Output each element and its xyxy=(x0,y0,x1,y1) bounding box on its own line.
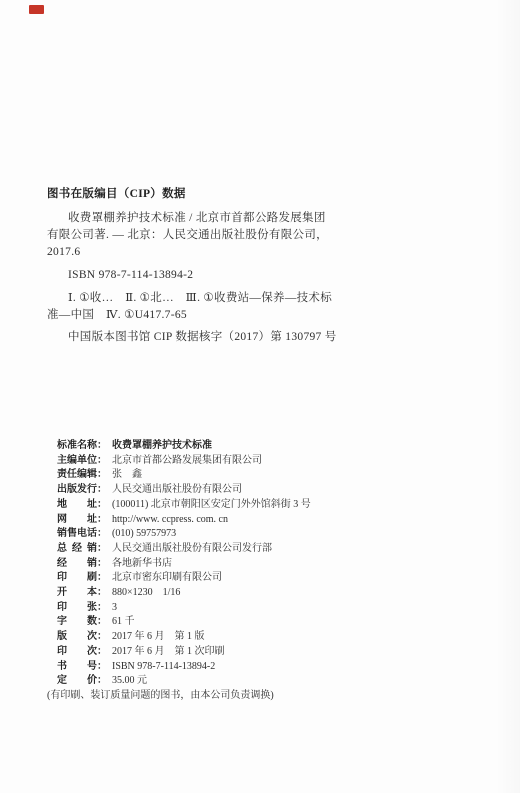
colophon-row: 经销：各地新华书店 xyxy=(57,557,497,572)
colophon-block: 标准名称：收费罩棚养护技术标准主编单位：北京市首都公路发展集团有限公司责任编辑：… xyxy=(57,439,497,704)
row-value: 61 千 xyxy=(112,616,135,627)
row-value: 人民交通出版社股份有限公司发行部 xyxy=(112,543,272,554)
row-label: 书号 xyxy=(57,660,97,675)
row-value: http://www. ccpress. com. cn xyxy=(112,514,228,525)
row-colon: ： xyxy=(97,528,107,539)
colophon-row: 版次：2017 年 6 月 第 1 版 xyxy=(57,630,497,645)
colophon-row: 字数：61 千 xyxy=(57,615,497,630)
row-label: 销售电话 xyxy=(57,527,97,542)
row-label: 出版发行 xyxy=(57,483,97,498)
cip-title-line: 收费罩棚养护技术标准 / 北京市首都公路发展集团 xyxy=(47,210,477,227)
row-colon: ： xyxy=(97,616,107,627)
colophon-row: 书号：ISBN 978-7-114-13894-2 xyxy=(57,660,497,675)
colophon-rows: 标准名称：收费罩棚养护技术标准主编单位：北京市首都公路发展集团有限公司责任编辑：… xyxy=(57,439,497,689)
colophon-row: 开本：880×1230 1/16 xyxy=(57,586,497,601)
row-label: 印次 xyxy=(57,645,97,660)
row-label: 定价 xyxy=(57,674,97,689)
colophon-row: 责任编辑：张 鑫 xyxy=(57,468,497,483)
colophon-row: 印刷：北京市密东印刷有限公司 xyxy=(57,571,497,586)
row-colon: ： xyxy=(97,455,107,466)
row-colon: ： xyxy=(97,558,107,569)
page-edge-shade xyxy=(496,0,520,793)
row-label: 字数 xyxy=(57,615,97,630)
row-value: 收费罩棚养护技术标准 xyxy=(112,440,212,451)
row-label: 网址 xyxy=(57,513,97,528)
row-value: ISBN 978-7-114-13894-2 xyxy=(112,661,215,672)
cip-record-number: 中国版本图书馆 CIP 数据核字（2017）第 130797 号 xyxy=(47,329,477,346)
colophon-row: 标准名称：收费罩棚养护技术标准 xyxy=(57,439,497,454)
row-label: 版次 xyxy=(57,630,97,645)
cip-publisher-line: 有限公司著. — 北京：人民交通出版社股份有限公司， xyxy=(47,227,477,244)
colophon-row: 印张：3 xyxy=(57,601,497,616)
colophon-row: 地址：(100011) 北京市朝阳区安定门外外馆斜街 3 号 xyxy=(57,498,497,513)
row-value: 2017 年 6 月 第 1 版 xyxy=(112,631,205,642)
row-value: (100011) 北京市朝阳区安定门外外馆斜街 3 号 xyxy=(112,499,311,510)
colophon-row: 出版发行：人民交通出版社股份有限公司 xyxy=(57,483,497,498)
row-value: 2017 年 6 月 第 1 次印刷 xyxy=(112,646,225,657)
row-label: 标准名称 xyxy=(57,439,97,454)
colophon-row: 印次：2017 年 6 月 第 1 次印刷 xyxy=(57,645,497,660)
cip-classification-line2: 准—中国 Ⅳ. ①U417.7-65 xyxy=(47,307,477,324)
book-copyright-page: 图书在版编目（CIP）数据 收费罩棚养护技术标准 / 北京市首都公路发展集团 有… xyxy=(0,0,520,793)
row-value: 880×1230 1/16 xyxy=(112,587,180,598)
row-label: 主编单位 xyxy=(57,454,97,469)
row-value: 3 xyxy=(112,602,117,613)
row-colon: ： xyxy=(97,484,107,495)
cip-isbn: ISBN 978-7-114-13894-2 xyxy=(47,267,477,284)
cip-classification-line1: Ⅰ. ①收… Ⅱ. ①北… Ⅲ. ①收费站—保养—技术标 xyxy=(47,290,477,307)
colophon-row: 主编单位：北京市首都公路发展集团有限公司 xyxy=(57,454,497,469)
row-value: 35.00 元 xyxy=(112,675,147,686)
colophon-row: 定价：35.00 元 xyxy=(57,674,497,689)
row-label: 印张 xyxy=(57,601,97,616)
row-label: 地址 xyxy=(57,498,97,513)
cip-heading: 图书在版编目（CIP）数据 xyxy=(47,186,477,203)
row-colon: ： xyxy=(97,572,107,583)
row-colon: ： xyxy=(97,543,107,554)
row-label: 印刷 xyxy=(57,571,97,586)
row-colon: ： xyxy=(97,602,107,613)
cip-block: 图书在版编目（CIP）数据 收费罩棚养护技术标准 / 北京市首都公路发展集团 有… xyxy=(47,186,477,346)
row-colon: ： xyxy=(97,661,107,672)
row-colon: ： xyxy=(97,469,107,480)
row-colon: ： xyxy=(97,646,107,657)
row-colon: ： xyxy=(97,631,107,642)
row-colon: ： xyxy=(97,440,107,451)
row-label: 开本 xyxy=(57,586,97,601)
row-value: 人民交通出版社股份有限公司 xyxy=(112,484,242,495)
row-value: 北京市密东印刷有限公司 xyxy=(112,572,222,583)
cip-year-line: 2017.6 xyxy=(47,244,477,261)
row-label: 责任编辑 xyxy=(57,468,97,483)
colophon-row: 网址：http://www. ccpress. com. cn xyxy=(57,513,497,528)
row-label: 经销 xyxy=(57,557,97,572)
row-label: 总经销 xyxy=(57,542,97,557)
row-colon: ： xyxy=(97,499,107,510)
row-colon: ： xyxy=(97,514,107,525)
colophon-row: 总经销：人民交通出版社股份有限公司发行部 xyxy=(57,542,497,557)
red-mark xyxy=(29,5,44,14)
row-colon: ： xyxy=(97,587,107,598)
row-colon: ： xyxy=(97,675,107,686)
row-value: 各地新华书店 xyxy=(112,558,172,569)
row-value: (010) 59757973 xyxy=(112,528,176,539)
row-value: 北京市首都公路发展集团有限公司 xyxy=(112,455,262,466)
row-value: 张 鑫 xyxy=(112,469,142,480)
quality-note: (有印刷、装订质量问题的图书，由本公司负责调换) xyxy=(47,689,497,704)
colophon-row: 销售电话：(010) 59757973 xyxy=(57,527,497,542)
